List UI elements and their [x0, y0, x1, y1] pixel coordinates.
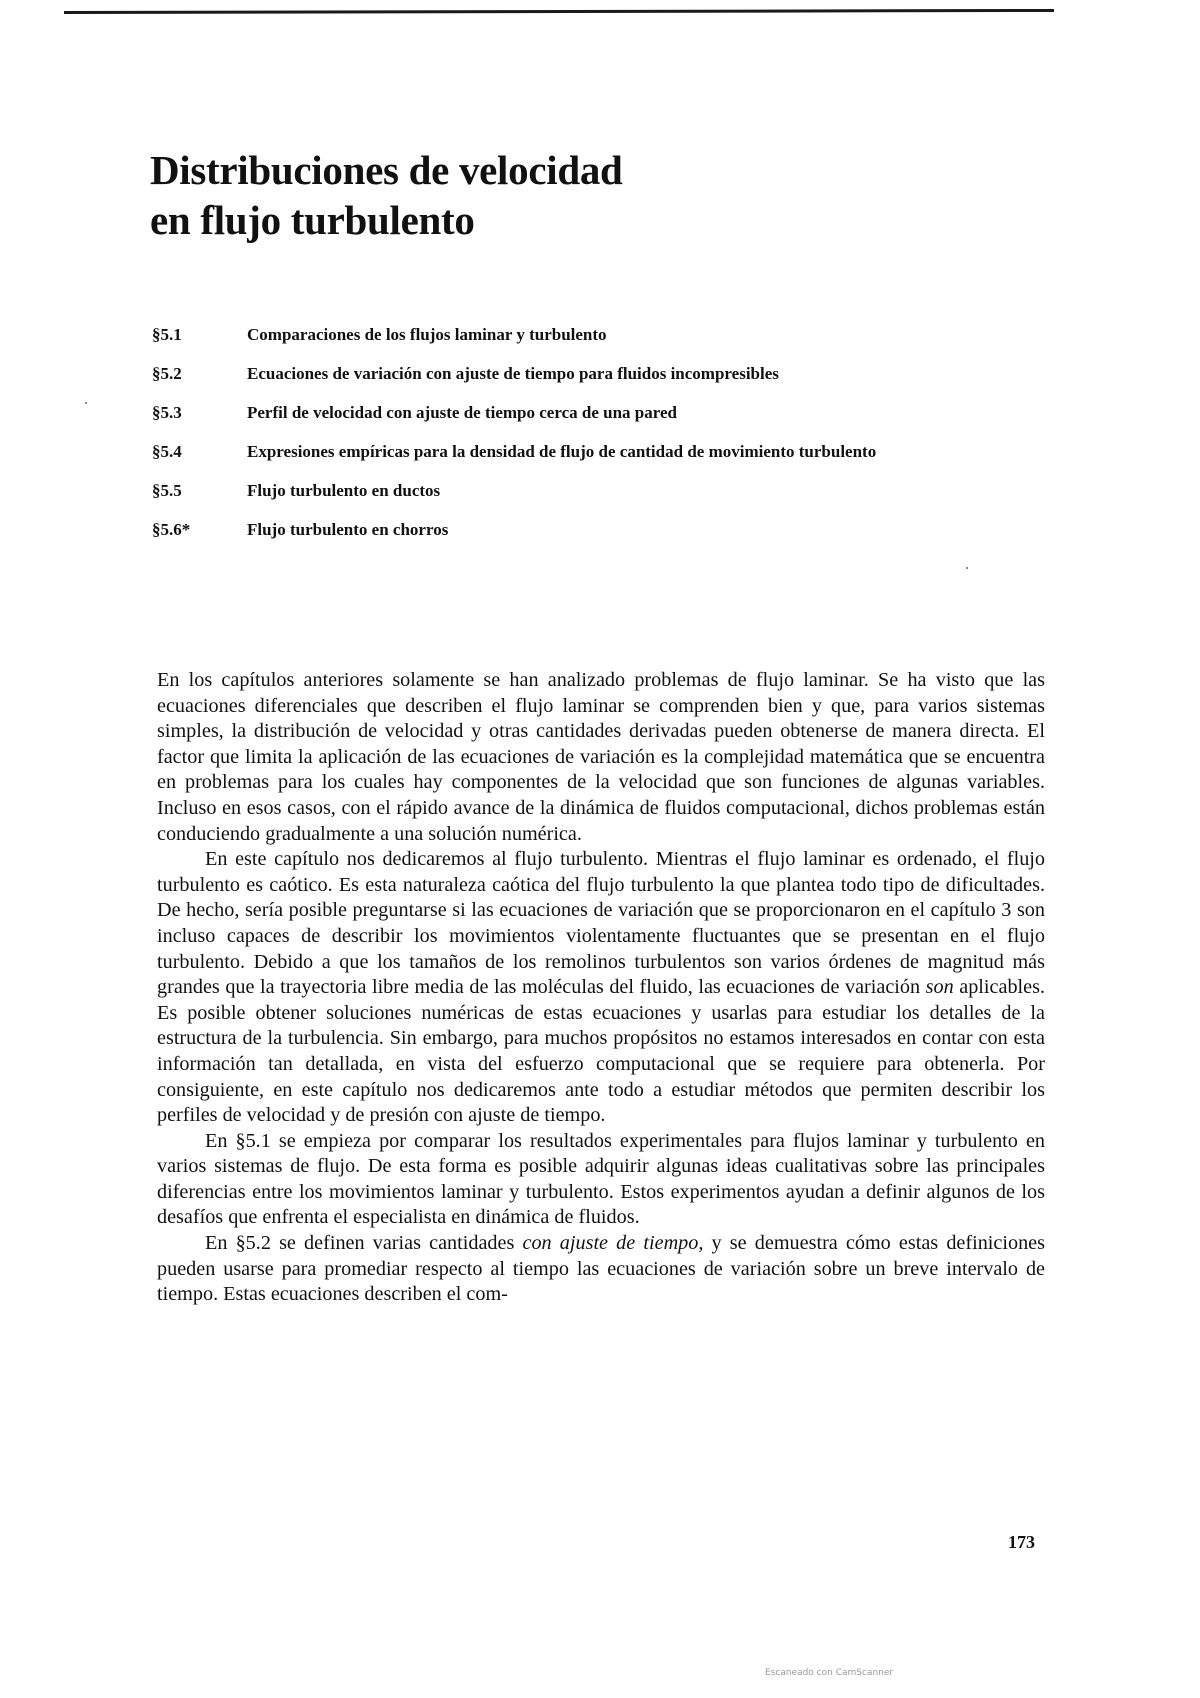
paragraph-2: En este capítulo nos dedicaremos al fluj… — [157, 847, 1045, 1129]
section-item: §5.5 Flujo turbulento en ductos — [152, 471, 1032, 510]
paragraph-2-text-b: aplicables. Es posible obtener solucione… — [157, 976, 1045, 1126]
header-rule — [64, 9, 1054, 14]
section-number: §5.1 — [152, 315, 247, 354]
section-number: §5.2 — [152, 354, 247, 393]
paragraph-4-text-a: En §5.2 se definen varias cantidades — [205, 1232, 522, 1254]
paragraph-1: En los capítulos anteriores solamente se… — [157, 668, 1045, 847]
section-title: Perfil de velocidad con ajuste de tiempo… — [247, 393, 677, 432]
section-title: Flujo turbulento en ductos — [247, 471, 440, 510]
section-number: §5.5 — [152, 471, 247, 510]
section-title: Flujo turbulento en chorros — [247, 510, 448, 549]
section-item: §5.1 Comparaciones de los flujos laminar… — [152, 315, 1032, 354]
chapter-title: Distribuciones de velocidad en flujo tur… — [150, 145, 623, 245]
scan-speck — [85, 402, 87, 404]
section-number: §5.6* — [152, 510, 247, 549]
section-title: Ecuaciones de variación con ajuste de ti… — [247, 354, 779, 393]
paragraph-4-emphasis: con ajuste de tiempo, — [522, 1232, 703, 1254]
section-item: §5.2 Ecuaciones de variación con ajuste … — [152, 354, 1032, 393]
scanner-watermark: Escaneado con CamScanner — [765, 1668, 893, 1678]
chapter-title-line1: Distribuciones de velocidad — [150, 147, 623, 193]
page-number: 173 — [1008, 1532, 1035, 1553]
paragraph-2-emphasis: son — [926, 976, 954, 998]
paragraph-3: En §5.1 se empieza por comparar los resu… — [157, 1129, 1045, 1231]
scan-speck — [966, 567, 968, 569]
section-title: Comparaciones de los flujos laminar y tu… — [247, 315, 607, 354]
section-item: §5.4 Expresiones empíricas para la densi… — [152, 432, 1032, 471]
section-item: §5.3 Perfil de velocidad con ajuste de t… — [152, 393, 1032, 432]
section-number: §5.4 — [152, 432, 247, 471]
section-number: §5.3 — [152, 393, 247, 432]
section-title: Expresiones empíricas para la densidad d… — [247, 432, 1007, 471]
paragraph-2-text-a: En este capítulo nos dedicaremos al fluj… — [157, 848, 1045, 998]
body-text: En los capítulos anteriores solamente se… — [157, 668, 1045, 1308]
section-list: §5.1 Comparaciones de los flujos laminar… — [152, 315, 1032, 549]
chapter-title-line2: en flujo turbulento — [150, 197, 475, 243]
section-item: §5.6* Flujo turbulento en chorros — [152, 510, 1032, 549]
paragraph-4: En §5.2 se definen varias cantidades con… — [157, 1231, 1045, 1308]
